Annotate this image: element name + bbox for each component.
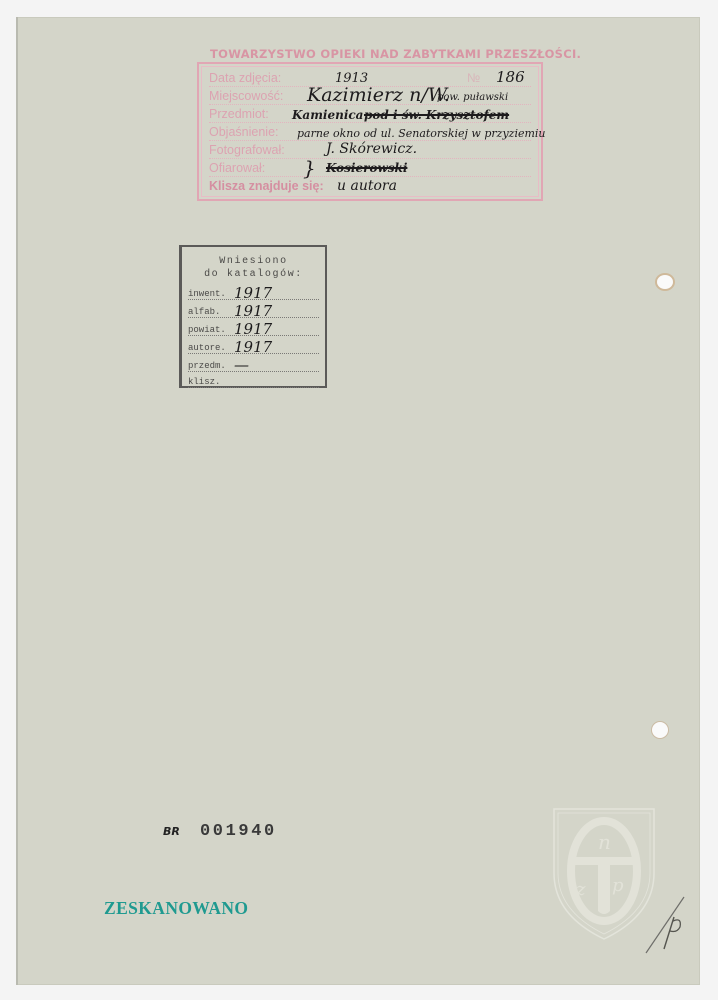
catalog-stamp: Wniesiono do katalogów: inwent. 1917 alf… [179,245,327,388]
catalog-row-label: alfab. [188,307,220,317]
number-label: № [467,71,480,85]
stamp-label: Miejscowość: [209,89,283,103]
stamp-label: Przedmiot: [209,107,269,121]
catalog-row-label: przedm. [188,361,226,371]
svg-text:z: z [575,879,586,900]
stamp-row-place: Miejscowość: Kazimierz n/W. pow. puławsk… [209,86,531,105]
stamp-label: Fotografował: [209,143,285,157]
catalog-row: alfab. 1917 [188,303,319,318]
district-value: pow. puławski [437,92,508,103]
catalog-row: powiat. 1917 [188,321,319,336]
object-value: Kamienica [292,108,363,122]
catalog-row-value: 1917 [234,284,272,302]
stamp-row-description: Objaśnienie: parne okno od ul. Senatorsk… [209,122,531,141]
stamp-title: TOWARZYSTWO OPIEKI NAD ZABYTKAMI PRZESZŁ… [210,47,570,61]
svg-text:p: p [612,875,624,896]
punch-hole [652,722,668,738]
number-value: 186 [496,68,525,86]
catalog-row-label: klisz. [188,377,220,387]
catalog-heading: Wniesiono [182,256,325,267]
catalog-subheading: do katalogów: [182,269,325,280]
svg-text:n: n [598,830,611,854]
society-stamp: Data zdjęcia: 1913 № 186 Miejscowość: Ka… [197,62,543,201]
stamp-row-donor: Ofiarował: } Kosierowski [209,158,531,177]
stamp-row-negative: Klisza znajduje się: u autora [209,176,531,194]
stamp-row-photographer: Fotografował: J. Skórewicz. [209,140,531,159]
stamp-row-object: Przedmiot: Kamienica pod i św. Krzysztof… [209,104,531,123]
signature-mark-icon [644,895,690,955]
inventory-prefix: BR [163,825,180,838]
stamp-label: Objaśnienie: [209,125,279,139]
catalog-row: klisz. [188,373,319,388]
inventory-number: 001940 [200,822,277,841]
punch-hole [657,275,673,289]
catalog-row-value: 1917 [234,338,272,356]
catalog-row-label: inwent. [188,289,226,299]
catalog-row: inwent. 1917 [188,285,319,300]
negative-location-value: u autora [337,178,397,194]
description-value: parne okno od ul. Senatorskiej w przyzie… [297,127,546,140]
scanned-stamp: ZESKANOWANO [104,898,248,919]
photographer-value: J. Skórewicz. [326,141,417,157]
catalog-row-label: powiat. [188,325,226,335]
catalog-row-value: 1917 [234,302,272,320]
place-value: Kazimierz n/W. [307,84,450,106]
catalog-row: przedm. — [188,357,319,372]
object-struck: pod i św. Krzysztofem [364,108,509,122]
stamp-label: Ofiarował: [209,161,265,175]
catalog-row-label: autore. [188,343,226,353]
stamp-label: Data zdjęcia: [209,71,281,85]
stamp-label: Klisza znajduje się: [209,179,324,193]
catalog-row-value: — [234,356,249,374]
catalog-row: autore. 1917 [188,339,319,354]
donor-struck: Kosierowski [326,161,407,175]
catalog-row-value: 1917 [234,320,272,338]
